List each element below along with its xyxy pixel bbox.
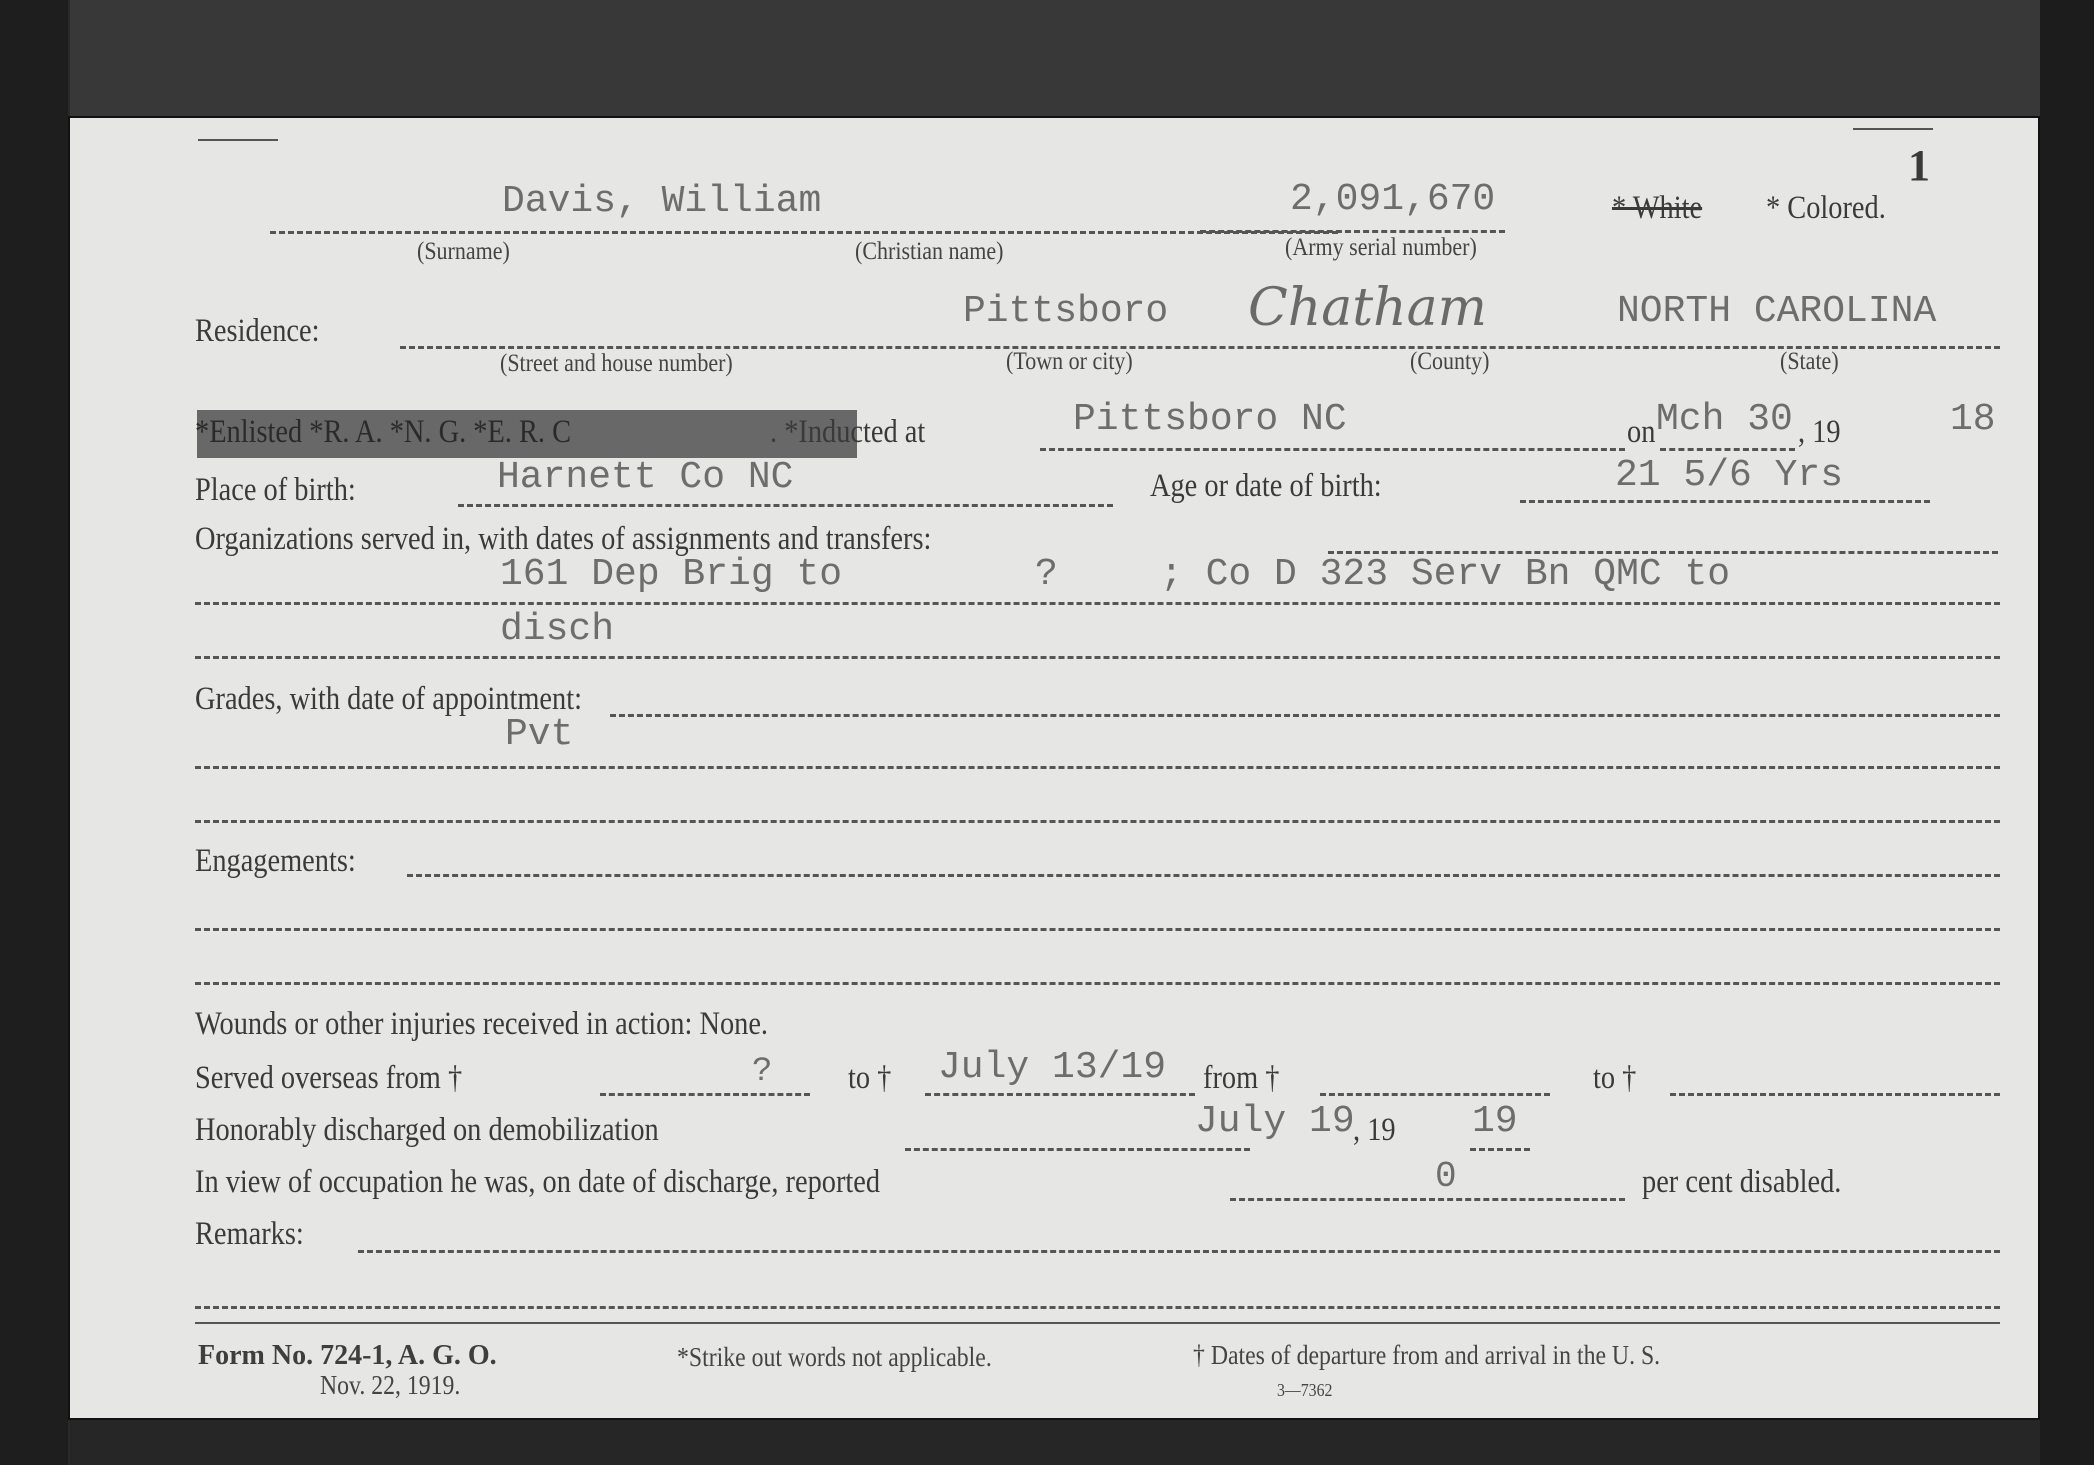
induction-date-line — [1660, 448, 1795, 451]
overseas-to2-label: to † — [1593, 1060, 1636, 1097]
dates-note: † Dates of departure from and arrival in… — [1193, 1340, 1660, 1371]
town-value: Pittsboro — [963, 290, 1168, 333]
footer-divider — [195, 1322, 2000, 1324]
age-value: 21 5/6 Yrs — [1615, 454, 1843, 497]
overseas-from-value: ? — [752, 1053, 772, 1091]
county-value: Chatham — [1248, 278, 1487, 338]
scan-background-bottom — [70, 1420, 2040, 1465]
overseas-to-value: July 13/19 — [938, 1046, 1166, 1089]
grades-line-1 — [195, 766, 2000, 769]
overseas-to-label: to † — [848, 1060, 891, 1097]
residence-line — [400, 346, 2000, 349]
discharge-year-prefix: , 19 — [1353, 1112, 1396, 1149]
inducted-at-line — [1040, 448, 1625, 451]
age-line — [1520, 500, 1930, 503]
discharge-year-line — [1470, 1148, 1530, 1151]
inducted-at-label: . *Inducted at — [770, 414, 925, 451]
remarks-line-0 — [358, 1250, 2000, 1253]
organizations-line1-part-b: ; Co D 323 Serv Bn QMC to — [1160, 553, 1730, 596]
organizations-line1-part-a: 161 Dep Brig to — [500, 553, 842, 596]
name-line — [270, 231, 1338, 234]
remarks-line-1 — [195, 1306, 2000, 1309]
corner-mark-right — [1853, 128, 1933, 130]
christian-name-caption: (Christian name) — [855, 238, 1003, 266]
disability-value: 0 — [1435, 1156, 1457, 1197]
induction-year-value: 18 — [1950, 398, 1996, 441]
engagements-line-2 — [195, 982, 2000, 985]
on-label: on — [1627, 414, 1655, 451]
age-label: Age or date of birth: — [1150, 468, 1382, 505]
page-number: 1 — [1908, 140, 1930, 191]
surname-caption: (Surname) — [417, 238, 510, 266]
engagements-label: Engagements: — [195, 843, 356, 880]
race-white-struck: * White — [1612, 190, 1702, 226]
organizations-line2: disch — [500, 608, 614, 651]
disability-line — [1230, 1198, 1625, 1201]
overseas-from-line — [600, 1093, 810, 1096]
engagements-line-1 — [195, 928, 2000, 931]
strike-out-note: *Strike out words not applicable. — [677, 1342, 992, 1373]
inducted-at-value: Pittsboro NC — [1073, 398, 1347, 441]
discharge-date-value: July 19 — [1195, 1100, 1355, 1143]
wounds-label: Wounds or other injuries received in act… — [195, 1006, 768, 1043]
enlistment-options-text: *Enlisted *R. A. *N. G. *E. R. C — [195, 414, 571, 451]
overseas-to-line — [925, 1093, 1195, 1096]
induction-date-value: Mch 30 — [1656, 398, 1793, 441]
place-of-birth-value: Harnett Co NC — [497, 456, 793, 499]
form-number: Form No. 724-1, A. G. O. — [198, 1340, 497, 1372]
organizations-line-2 — [195, 656, 2000, 659]
serial-number-value: 2,091,670 — [1290, 178, 1495, 221]
town-caption: (Town or city) — [1006, 348, 1133, 376]
discharge-date-line — [905, 1148, 1250, 1151]
scan-background-top — [70, 0, 2040, 120]
name-value: Davis, William — [502, 180, 821, 223]
grades-value: Pvt — [505, 713, 573, 756]
engagements-line-0 — [407, 874, 2000, 877]
scan-background-right — [2040, 0, 2094, 1465]
race-white-option: * White — [1612, 190, 1702, 227]
overseas-from2-line — [1320, 1093, 1550, 1096]
form-date: Nov. 22, 1919. — [320, 1370, 460, 1401]
street-caption: (Street and house number) — [500, 350, 733, 378]
state-value: NORTH CAROLINA — [1617, 290, 1936, 333]
race-colored-option: * Colored. — [1766, 190, 1886, 227]
place-of-birth-label: Place of birth: — [195, 472, 356, 509]
overseas-to2-line — [1670, 1093, 2000, 1096]
serial-caption: (Army serial number) — [1285, 234, 1477, 262]
organizations-line1-unknown: ? — [1035, 553, 1058, 596]
organizations-line-1 — [195, 602, 2000, 605]
served-overseas-label: Served overseas from † — [195, 1060, 462, 1097]
disability-suffix: per cent disabled. — [1642, 1164, 1841, 1201]
remarks-label: Remarks: — [195, 1216, 304, 1253]
induction-year-prefix: , 19 — [1798, 414, 1841, 451]
disability-label: In view of occupation he was, on date of… — [195, 1164, 880, 1201]
place-of-birth-line — [458, 504, 1113, 507]
print-code: 3—7362 — [1277, 1380, 1332, 1401]
grades-line-0 — [610, 714, 2000, 717]
overseas-from2-label: from † — [1203, 1060, 1279, 1097]
scan-background-left — [0, 0, 68, 1465]
discharge-label: Honorably discharged on demobilization — [195, 1112, 659, 1149]
grades-line-2 — [195, 820, 2000, 823]
serial-line — [1200, 230, 1505, 233]
county-caption: (County) — [1410, 348, 1489, 376]
corner-mark-left — [198, 139, 278, 141]
discharge-year-value: 19 — [1472, 1100, 1518, 1143]
service-record-card: 1 Davis, William (Surname) (Christian na… — [70, 118, 2038, 1418]
residence-label: Residence: — [195, 313, 320, 350]
state-caption: (State) — [1780, 348, 1839, 376]
